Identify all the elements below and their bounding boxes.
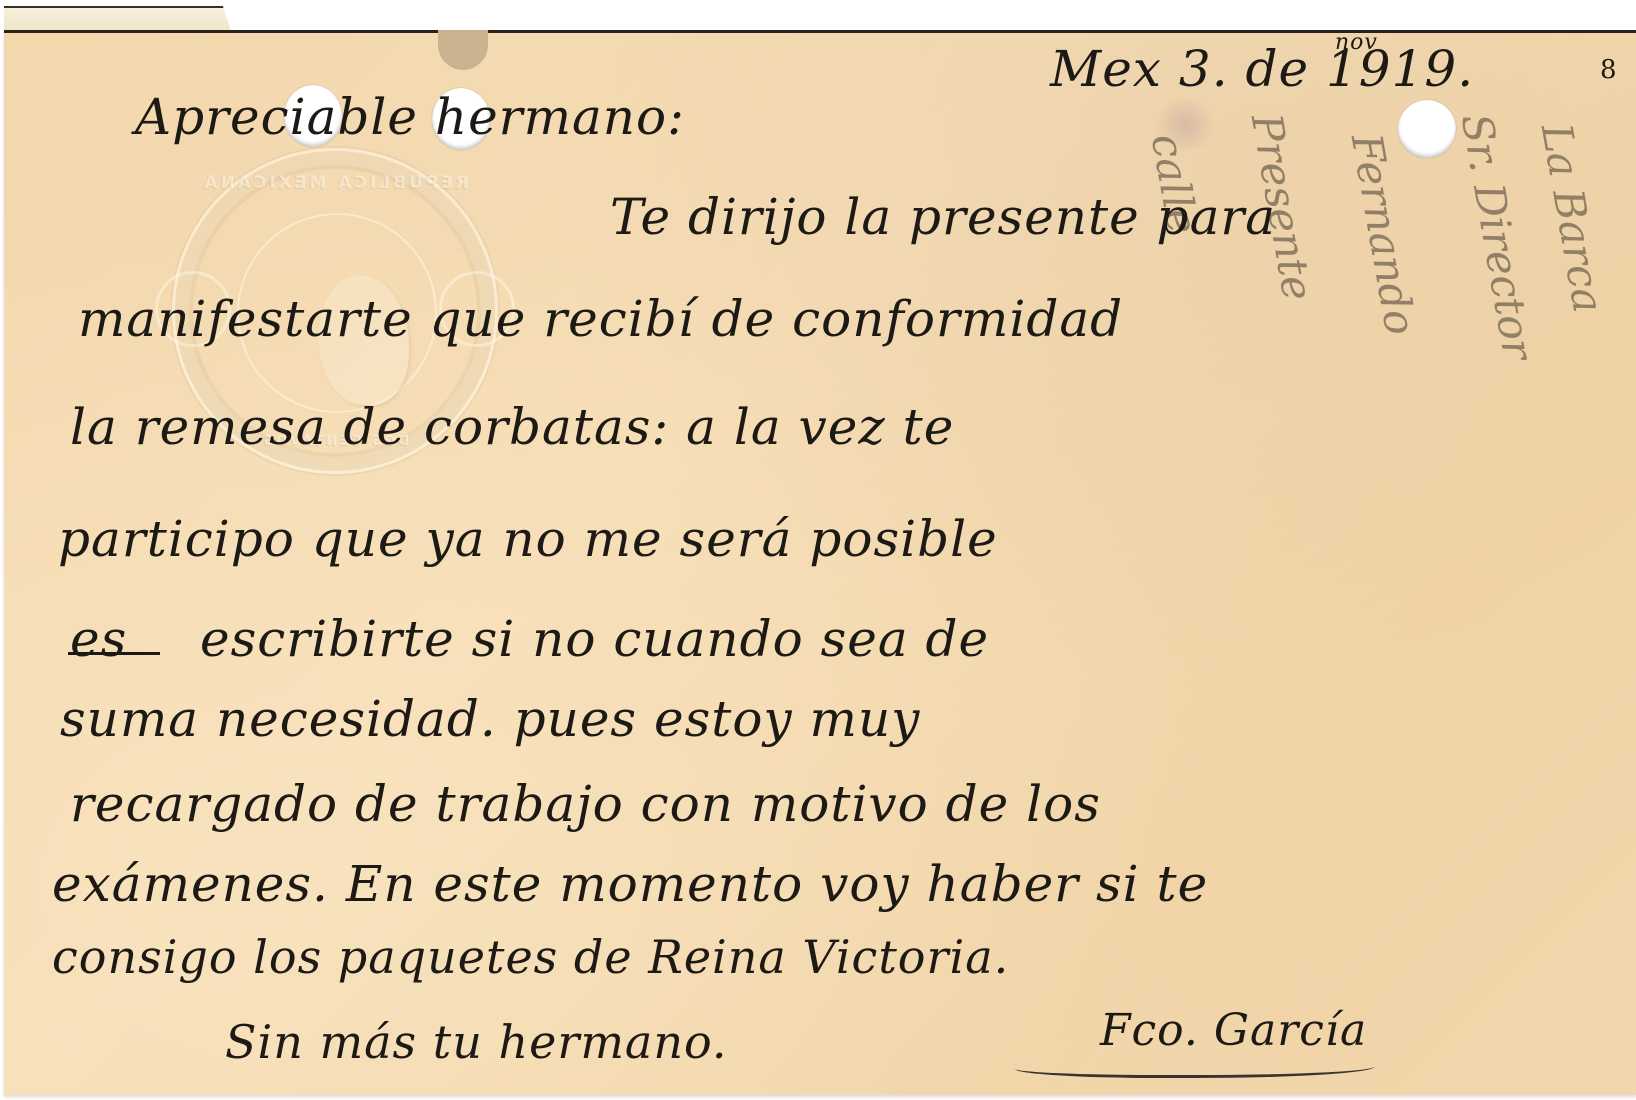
month-superscript: nov	[1335, 30, 1378, 55]
salutation: Apreciable hermano:	[135, 88, 685, 146]
body-line: suma necesidad. pues estoy muy	[60, 690, 920, 748]
closing: Sin más tu hermano.	[225, 1015, 728, 1069]
signature: Fco. García	[1100, 1005, 1367, 1056]
seal-text-top: REPUBLICA MEXICANA	[175, 173, 495, 193]
place-date: Mex 3. de 1919.	[1050, 40, 1474, 98]
body-line: manifestarte que recibí de conformidad	[78, 290, 1123, 348]
body-line: participo que ya no me será posible	[58, 510, 998, 568]
body-line: la remesa de corbatas: a la vez te	[70, 398, 954, 456]
punch-hole	[1398, 100, 1456, 158]
struck-out-text: es	[70, 610, 127, 668]
body-line: Te dirijo la presente para	[610, 188, 1276, 246]
body-line: exámenes. En este momento voy haber si t…	[52, 855, 1208, 913]
page-mark: 8	[1600, 55, 1618, 85]
body-line: consigo los paquetes de Reina Victoria.	[52, 930, 1009, 984]
body-line: escribirte si no cuando sea de	[200, 610, 989, 668]
place-date-text: Mex 3. de 1919.	[1050, 40, 1474, 98]
body-line: recargado de trabajo con motivo de los	[70, 775, 1101, 833]
signature-flourish	[1015, 1055, 1375, 1078]
